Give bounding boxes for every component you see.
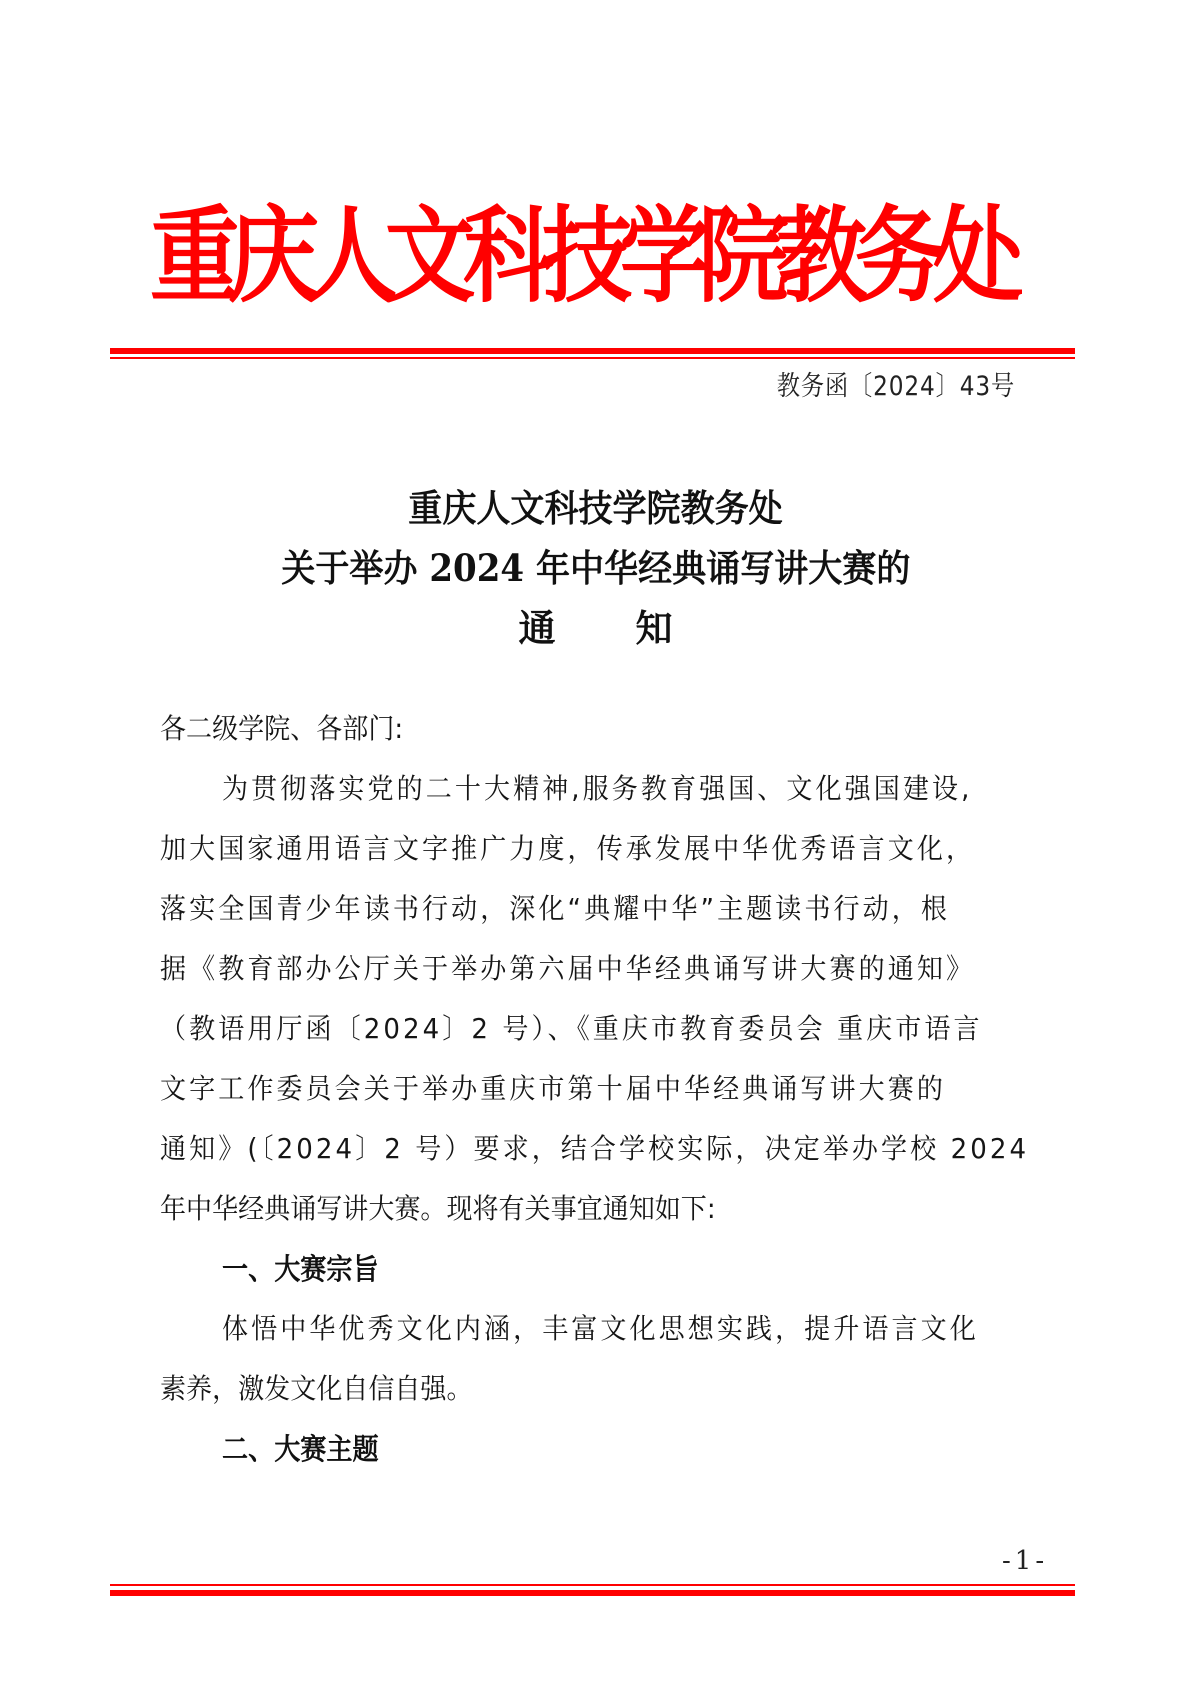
masthead-title: 重庆人文科技学院教务处 xyxy=(150,196,1011,316)
paragraph-line: （教语用厅函〔2024〕2 号）、《重庆市教育委员会 重庆市语言 xyxy=(160,1006,1042,1066)
header-rule-thick xyxy=(110,348,1075,354)
title-notice: 通知 xyxy=(0,598,1191,658)
paragraph-line: 文字工作委员会关于举办重庆市第十届中华经典诵写讲大赛的 xyxy=(160,1066,1042,1126)
section-heading-1: 一、大赛宗旨 xyxy=(160,1246,1042,1306)
document-number: 教务函〔2024〕43号 xyxy=(777,367,1015,407)
paragraph-line: 年中华经典诵写讲大赛。现将有关事宜通知如下: xyxy=(160,1186,1042,1246)
section-1-line: 体悟中华优秀文化内涵，丰富文化思想实践，提升语言文化 xyxy=(160,1306,1042,1366)
notice-char-1: 通 xyxy=(519,606,556,650)
header-rule-thin xyxy=(110,357,1075,359)
title-line-1: 重庆人文科技学院教务处 xyxy=(0,478,1191,538)
masthead: 重庆人文科技学院教务处 xyxy=(150,196,1055,316)
paragraph-line: 据《教育部办公厅关于举办第六届中华经典诵写讲大赛的通知》 xyxy=(160,946,1042,1006)
paragraph-line: 通知》(〔2024〕2 号）要求，结合学校实际，决定举办学校 2024 xyxy=(160,1126,1042,1186)
notice-char-2: 知 xyxy=(636,606,673,650)
document-body: 各二级学院、各部门: 为贯彻落实党的二十大精神,服务教育强国、文化强国建设, 加… xyxy=(160,706,1042,1486)
document-title: 重庆人文科技学院教务处 关于举办 2024 年中华经典诵写讲大赛的 通知 xyxy=(0,478,1191,658)
paragraph-line: 落实全国青少年读书行动，深化“典耀中华”主题读书行动，根 xyxy=(160,886,1042,946)
paragraph-line: 加大国家通用语言文字推广力度，传承发展中华优秀语言文化， xyxy=(160,826,1042,886)
page-number: -1- xyxy=(1002,1546,1048,1576)
title-line-2: 关于举办 2024 年中华经典诵写讲大赛的 xyxy=(0,538,1191,598)
footer-rule-thick xyxy=(110,1590,1075,1596)
section-1-line: 素养，激发文化自信自强。 xyxy=(160,1366,1042,1426)
salutation: 各二级学院、各部门: xyxy=(160,706,1042,766)
footer-rule-thin xyxy=(110,1584,1075,1586)
section-heading-2: 二、大赛主题 xyxy=(160,1426,1042,1486)
paragraph-line: 为贯彻落实党的二十大精神,服务教育强国、文化强国建设, xyxy=(160,766,1042,826)
document-page: 重庆人文科技学院教务处 教务函〔2024〕43号 重庆人文科技学院教务处 关于举… xyxy=(0,0,1191,1684)
